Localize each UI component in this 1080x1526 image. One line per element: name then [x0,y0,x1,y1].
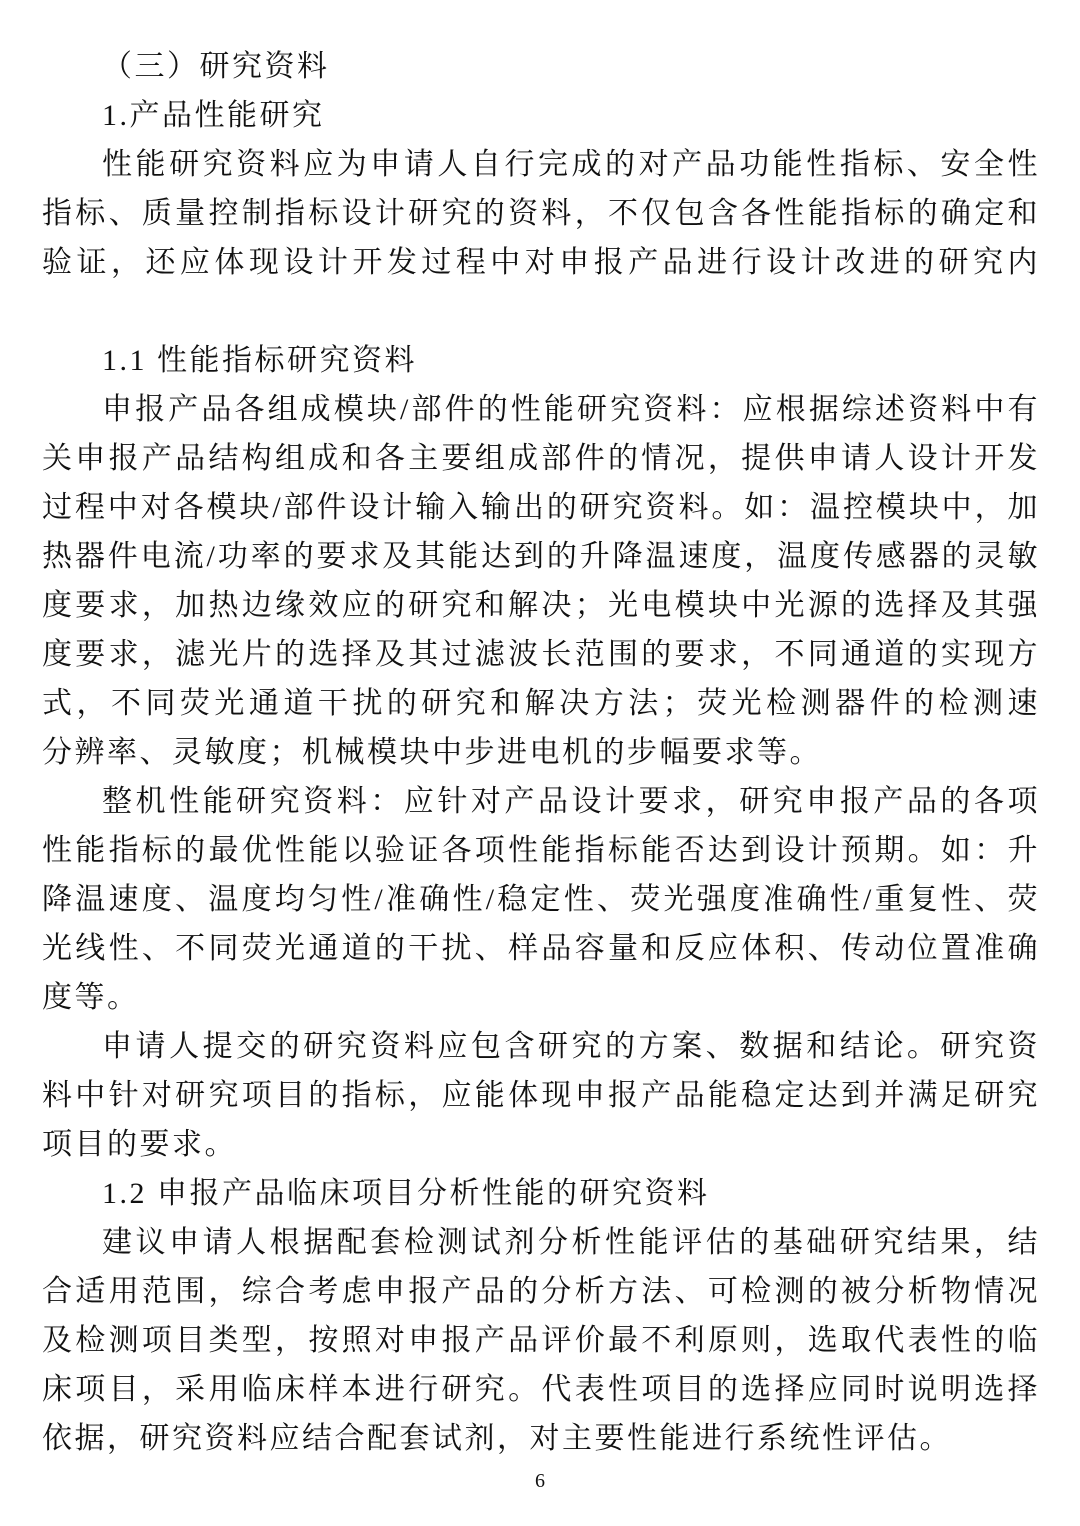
text-line: 式，不同荧光通道干扰的研究和解决方法；荧光检测器件的检测速度、 [42,679,1040,728]
blank-line [42,287,1040,336]
text-line: 分辨率、灵敏度；机械模块中步进电机的步幅要求等。 [42,728,1040,777]
text-line: 指标、质量控制指标设计研究的资料，不仅包含各性能指标的确定和 [42,189,1040,238]
text-line: 性能指标的最优性能以验证各项性能指标能否达到设计预期。如：升 [42,826,1040,875]
subsection-heading-1: 1.产品性能研究 [42,91,1040,140]
text-line: 热器件电流/功率的要求及其能达到的升降温速度，温度传感器的灵敏 [42,532,1040,581]
document-body: （三）研究资料 1.产品性能研究 性能研究资料应为申请人自行完成的对产品功能性指… [42,42,1040,1463]
text-line: 申报产品各组成模块/部件的性能研究资料：应根据综述资料中有 [42,385,1040,434]
text-line: 光线性、不同荧光通道的干扰、样品容量和反应体积、传动位置准确 [42,924,1040,973]
document-page: （三）研究资料 1.产品性能研究 性能研究资料应为申请人自行完成的对产品功能性指… [0,0,1080,1526]
text-line: 验证，还应体现设计开发过程中对申报产品进行设计改进的研究内容。 [42,238,1040,287]
subsection-heading-1-2: 1.2 申报产品临床项目分析性能的研究资料 [42,1169,1040,1218]
text-line: 及检测项目类型，按照对申报产品评价最不利原则，选取代表性的临 [42,1316,1040,1365]
text-line: 合适用范围，综合考虑申报产品的分析方法、可检测的被分析物情况 [42,1267,1040,1316]
subsection-heading-1-1: 1.1 性能指标研究资料 [42,336,1040,385]
text-line: 降温速度、温度均匀性/准确性/稳定性、荧光强度准确性/重复性、荧 [42,875,1040,924]
section-heading: （三）研究资料 [42,42,1040,91]
text-line: 项目的要求。 [42,1120,1040,1169]
text-line: 依据，研究资料应结合配套试剂，对主要性能进行系统性评估。 [42,1414,1040,1463]
page-number: 6 [0,1470,1080,1493]
text-line: 过程中对各模块/部件设计输入输出的研究资料。如：温控模块中，加 [42,483,1040,532]
text-line: 料中针对研究项目的指标，应能体现申报产品能稳定达到并满足研究 [42,1071,1040,1120]
text-line: 申请人提交的研究资料应包含研究的方案、数据和结论。研究资 [42,1022,1040,1071]
text-line: 性能研究资料应为申请人自行完成的对产品功能性指标、安全性 [42,140,1040,189]
text-line: 建议申请人根据配套检测试剂分析性能评估的基础研究结果，结 [42,1218,1040,1267]
text-line: 关申报产品结构组成和各主要组成部件的情况，提供申请人设计开发 [42,434,1040,483]
text-line: 度等。 [42,973,1040,1022]
text-line: 整机性能研究资料：应针对产品设计要求，研究申报产品的各项 [42,777,1040,826]
text-line: 度要求，滤光片的选择及其过滤波长范围的要求，不同通道的实现方 [42,630,1040,679]
text-line: 度要求，加热边缘效应的研究和解决；光电模块中光源的选择及其强 [42,581,1040,630]
text-line: 床项目，采用临床样本进行研究。代表性项目的选择应同时说明选择 [42,1365,1040,1414]
